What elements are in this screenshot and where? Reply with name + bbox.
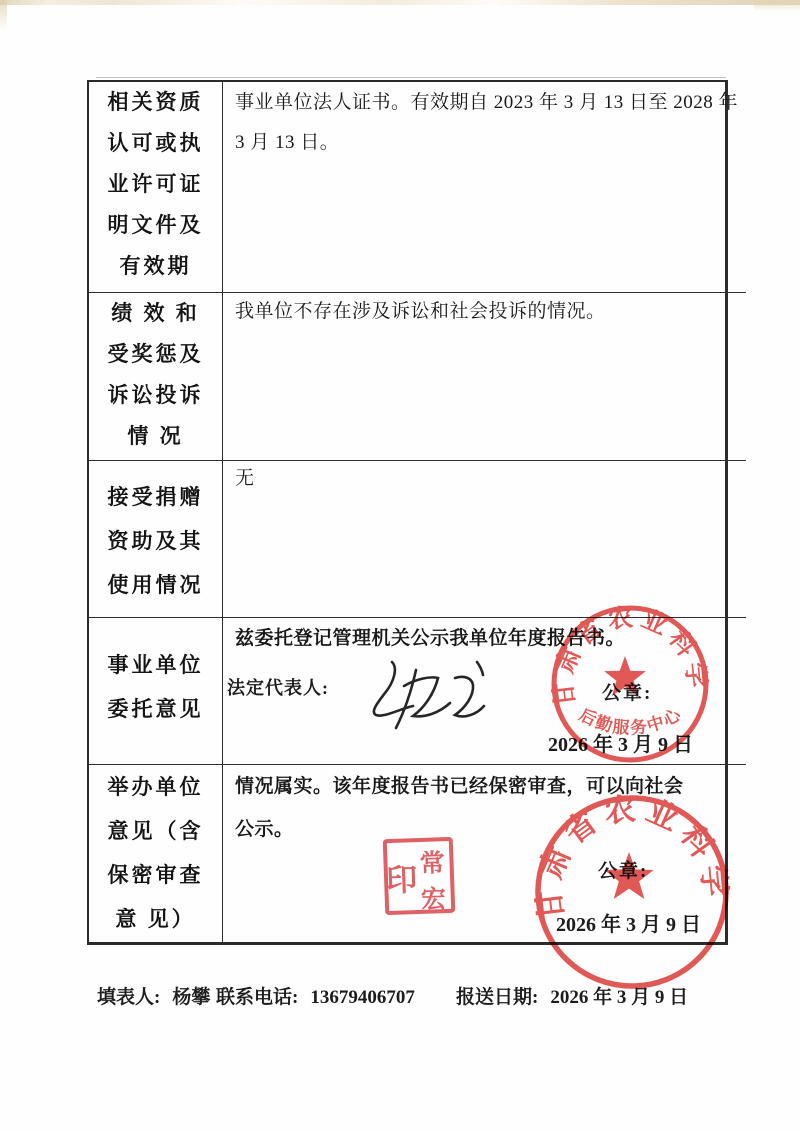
row-sponsor-opinion-label: 举办单位 意见（含 保密审查 意 见） bbox=[89, 764, 223, 942]
label-text: 相关资质 bbox=[108, 82, 204, 123]
row-donation-label: 接受捐赠 资助及其 使用情况 bbox=[89, 460, 223, 617]
footer-phone: 联系电话:13679406707 bbox=[197, 960, 415, 1031]
legal-representative-label: 法定代表人: bbox=[227, 674, 329, 700]
label-text: 使用情况 bbox=[108, 563, 204, 607]
content-text: 事业单位法人证书。有效期自 2023 年 3 月 13 日至 2028 年 bbox=[235, 83, 738, 123]
personal-square-seal: 印 常 宏 bbox=[383, 837, 456, 915]
svg-text:甘肃省农业科学院: 甘肃省农业科学院 bbox=[546, 600, 711, 709]
label-text: 业许可证 bbox=[108, 164, 204, 205]
legal-representative-signature bbox=[358, 648, 508, 748]
row-performance-label: 绩 效 和 受奖惩及 诉讼投诉 情 况 bbox=[89, 292, 223, 460]
label-text: 接受捐赠 bbox=[108, 475, 204, 519]
scan-smudge-left bbox=[0, 0, 7, 30]
scan-smudge-right bbox=[754, 0, 800, 11]
seal-char: 常 bbox=[419, 843, 445, 880]
stamp-bottom-text: 后勤服务中心 bbox=[576, 704, 685, 738]
label-text: 保密审查 bbox=[108, 853, 204, 897]
label-text: 诉讼投诉 bbox=[108, 375, 204, 416]
label-text: 意见（含 bbox=[108, 809, 204, 853]
stamp-arc-text: 甘肃省农业科学院 bbox=[532, 792, 732, 923]
content-text: 我单位不存在涉及诉讼和社会投诉的情况。 bbox=[235, 293, 738, 331]
row-qualification-content: 事业单位法人证书。有效期自 2023 年 3 月 13 日至 2028 年 3 … bbox=[223, 82, 746, 292]
phone-label: 联系电话: bbox=[216, 987, 298, 1008]
label-text: 受奖惩及 bbox=[108, 334, 204, 375]
star-icon bbox=[604, 852, 653, 899]
official-round-stamp-row5: 甘肃省农业科学院 bbox=[532, 792, 732, 992]
filler-label: 填表人: bbox=[97, 987, 160, 1008]
svg-text:甘肃省农业科学院: 甘肃省农业科学院 bbox=[532, 792, 732, 923]
scan-edge-artifact bbox=[0, 0, 800, 5]
footer-filler: 填表人:杨攀 bbox=[78, 960, 210, 1031]
label-text: 委托意见 bbox=[108, 687, 204, 731]
official-round-stamp-row4: 甘肃省农业科学院 后勤服务中心 bbox=[546, 600, 714, 768]
seal-char: 宏 bbox=[420, 879, 446, 916]
label-text: 有效期 bbox=[120, 246, 192, 287]
row-entrust-opinion-label: 事业单位 委托意见 bbox=[89, 617, 223, 764]
label-text: 意 见） bbox=[115, 897, 195, 941]
label-text: 情 况 bbox=[127, 416, 183, 457]
row-donation-content: 无 bbox=[223, 460, 746, 617]
label-text: 明文件及 bbox=[108, 205, 204, 246]
label-text: 资助及其 bbox=[108, 519, 204, 563]
stamp-arc-text: 甘肃省农业科学院 bbox=[546, 600, 711, 709]
label-text: 绩 效 和 bbox=[111, 293, 200, 334]
label-text: 认可或执 bbox=[108, 123, 204, 164]
date-label: 报送日期: bbox=[456, 987, 538, 1008]
content-text: 无 bbox=[235, 461, 738, 497]
document-page: 相关资质 认可或执 业许可证 明文件及 有效期 事业单位法人证书。有效期自 20… bbox=[0, 0, 800, 1131]
label-text: 举办单位 bbox=[108, 765, 204, 809]
row-qualification-label: 相关资质 认可或执 业许可证 明文件及 有效期 bbox=[89, 82, 223, 292]
star-icon bbox=[604, 656, 646, 696]
phone-number: 13679406707 bbox=[310, 987, 415, 1008]
table-top-scan-line bbox=[96, 77, 726, 78]
svg-text:后勤服务中心: 后勤服务中心 bbox=[576, 704, 685, 738]
content-text: 3 月 13 日。 bbox=[235, 123, 738, 163]
seal-char: 印 bbox=[387, 842, 417, 911]
label-text: 事业单位 bbox=[108, 643, 204, 687]
row-performance-content: 我单位不存在涉及诉讼和社会投诉的情况。 bbox=[223, 292, 746, 460]
